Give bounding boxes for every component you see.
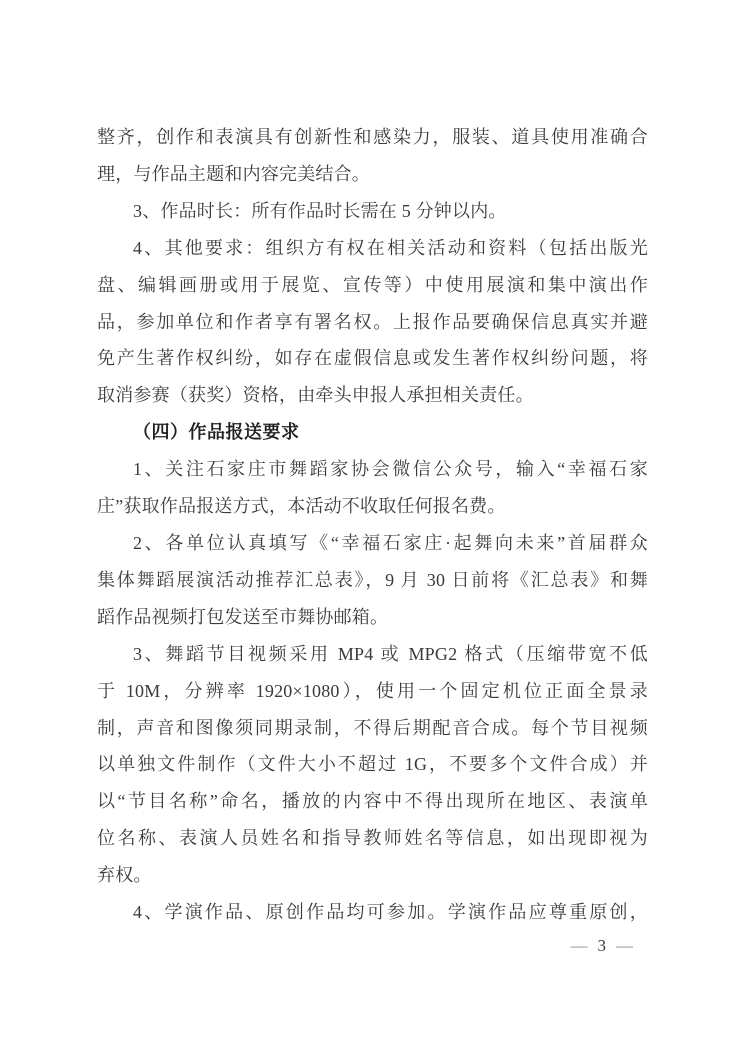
paragraph: 3、作品时长：所有作品时长需在 5 分钟以内。	[97, 193, 648, 230]
document-body: 整齐，创作和表演具有创新性和感染力，服装、道具使用准确合 理，与作品主题和内容完…	[97, 119, 648, 931]
text-line: 蹈作品视频打包发送至市舞协邮箱。	[97, 599, 648, 636]
page-number-value: 3	[588, 936, 617, 955]
text-line: 免产生著作权纠纷，如存在虚假信息或发生著作权纠纷问题，将	[97, 340, 648, 377]
text-line: 品，参加单位和作者享有署名权。上报作品要确保信息真实并避	[97, 304, 648, 341]
text-line: 盘、编辑画册或用于展览、宣传等）中使用展演和集中演出作	[97, 267, 648, 304]
paragraph: 3、舞蹈节目视频采用 MP4 或 MPG2 格式（压缩带宽不低 于 10M，分辨…	[97, 636, 648, 894]
text-line: 于 10M，分辨率 1920×1080），使用一个固定机位正面全景录	[97, 673, 648, 710]
text-line: 庄”获取作品报送方式，本活动不收取任何报名费。	[97, 488, 648, 525]
text-line: 1、关注石家庄市舞蹈家协会微信公众号，输入“幸福石家	[97, 451, 648, 488]
page-number: —3—	[571, 936, 634, 956]
text-line: 3、舞蹈节目视频采用 MP4 或 MPG2 格式（压缩带宽不低	[97, 636, 648, 673]
section-heading-text: （四）作品报送要求	[97, 414, 648, 451]
text-line: 位名称、表演人员姓名和指导教师姓名等信息，如出现即视为	[97, 820, 648, 857]
text-line: 整齐，创作和表演具有创新性和感染力，服装、道具使用准确合	[97, 119, 648, 156]
text-line: 集体舞蹈展演活动推荐汇总表》，9 月 30 日前将《汇总表》和舞	[97, 562, 648, 599]
paragraph: 4、学演作品、原创作品均可参加。学演作品应尊重原创，	[97, 894, 648, 931]
text-line: 4、学演作品、原创作品均可参加。学演作品应尊重原创，	[97, 894, 648, 931]
text-line: 以单独文件制作（文件大小不超过 1G，不要多个文件合成）并	[97, 746, 648, 783]
page-number-dash-left: —	[571, 936, 588, 955]
text-line: 4、其他要求：组织方有权在相关活动和资料（包括出版光	[97, 230, 648, 267]
document-page: 整齐，创作和表演具有创新性和感染力，服装、道具使用准确合 理，与作品主题和内容完…	[0, 0, 745, 1053]
text-line: 2、各单位认真填写《“幸福石家庄·起舞向未来”首届群众	[97, 525, 648, 562]
text-line: 取消参赛（获奖）资格，由牵头申报人承担相关责任。	[97, 377, 648, 414]
text-line: 以“节目名称”命名，播放的内容中不得出现所在地区、表演单	[97, 783, 648, 820]
text-line: 理，与作品主题和内容完美结合。	[97, 156, 648, 193]
text-line: 制，声音和图像须同期录制，不得后期配音合成。每个节目视频	[97, 710, 648, 747]
page-number-dash-right: —	[616, 936, 633, 955]
text-line: 弃权。	[97, 857, 648, 894]
paragraph: 2、各单位认真填写《“幸福石家庄·起舞向未来”首届群众 集体舞蹈展演活动推荐汇总…	[97, 525, 648, 636]
paragraph: 1、关注石家庄市舞蹈家协会微信公众号，输入“幸福石家 庄”获取作品报送方式，本活…	[97, 451, 648, 525]
section-heading: （四）作品报送要求	[97, 414, 648, 451]
text-line: 3、作品时长：所有作品时长需在 5 分钟以内。	[97, 193, 648, 230]
paragraph: 整齐，创作和表演具有创新性和感染力，服装、道具使用准确合 理，与作品主题和内容完…	[97, 119, 648, 193]
paragraph: 4、其他要求：组织方有权在相关活动和资料（包括出版光 盘、编辑画册或用于展览、宣…	[97, 230, 648, 415]
